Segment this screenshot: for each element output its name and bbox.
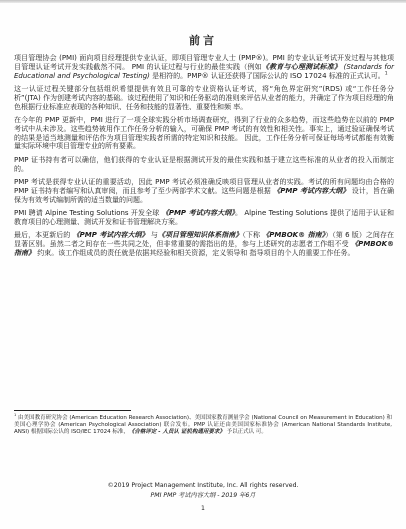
copyright-line: ©2019 Project Management Institute, Inc.… [0,481,406,491]
footnote-text: 1 由美国教育研究协会 (American Education Research… [14,415,392,437]
page-footer: ©2019 Project Management Institute, Inc.… [0,481,406,514]
document-page: 前言 项目管理协会 (PMI) 面向项目经理提供专业认证，即项目管理专业人士 (… [0,0,406,529]
footnote-separator [14,410,131,411]
document-body: 项目管理协会 (PMI) 面向项目经理提供专业认证，即项目管理专业人士 (PMP… [14,54,394,262]
page-top-edge [0,0,406,3]
paragraph-2: 这一认证过程关键部分包括组织希望提供有效且可靠的专业资格认证考试，将“角色界定研… [14,85,394,111]
paragraph-7: 最后，本更新后的 《PMP 考试内容大纲》 与《项目管理知识体系指南》（下称 《… [14,231,394,257]
footer-doc-title: PMI PMP 考试内容大纲 - 2019 年6月 [0,491,406,501]
page-number: 1 [0,504,406,514]
paragraph-1: 项目管理协会 (PMI) 面向项目经理提供专业认证，即项目管理专业人士 (PMP… [14,54,394,80]
paragraph-4: PMP 证书持有者可以确信，他们获得的专业认证是根据测试开发的最佳实践和基于建立… [14,156,394,174]
paragraph-5: PMP 考试是获得专业认证的重要活动，因此 PMP 考试必须准确反映项目管理从业… [14,178,394,204]
paragraph-6: PMI 聘请 Alpine Testing Solutions 开发全球 《PM… [14,209,394,227]
page-title: 前言 [0,32,406,48]
paragraph-3: 在今年的 PMP 更新中，PMI 进行了一项全球实践分析市场调查研究，得到了行业… [14,116,394,151]
